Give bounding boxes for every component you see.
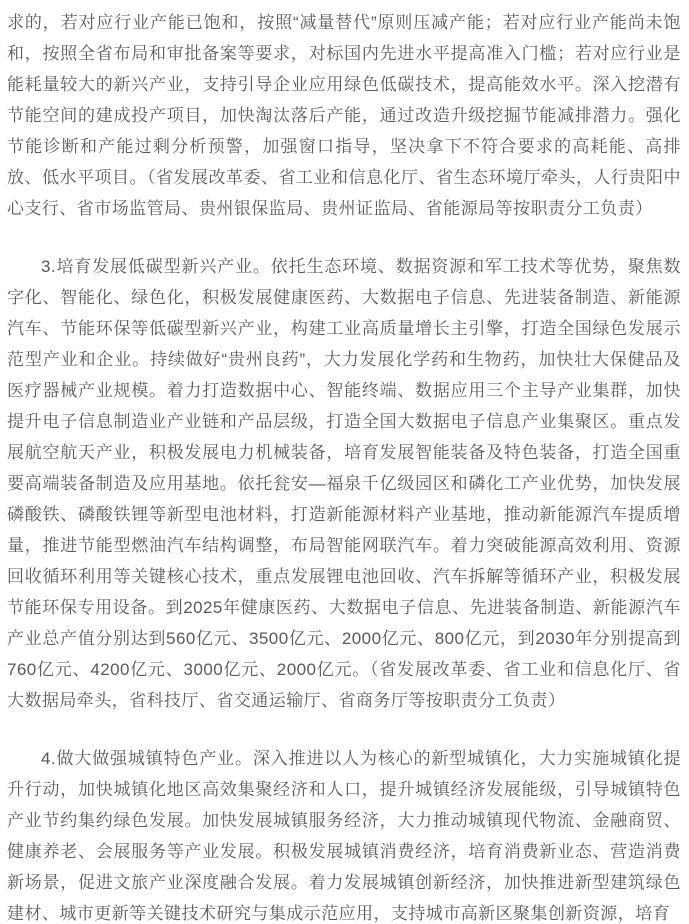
paragraph-item-4: 4.做大做强城镇特色产业。深入推进以人为核心的新型城镇化，大力实施城镇化提升行动… bbox=[7, 743, 681, 924]
paragraph-item-3: 3.培育发展低碳型新兴产业。依托生态环境、数据资源和军工技术等优势，聚焦数字化、… bbox=[7, 251, 681, 716]
paragraph-continuation: 求的，若对应行业产能已饱和，按照“减量替代”原则压减产能；若对应行业产能尚未饱和… bbox=[7, 7, 681, 224]
document-text-body: 求的，若对应行业产能已饱和，按照“减量替代”原则压减产能；若对应行业产能尚未饱和… bbox=[7, 7, 681, 924]
document-page: 求的，若对应行业产能已饱和，按照“减量替代”原则压减产能；若对应行业产能尚未饱和… bbox=[0, 0, 689, 924]
